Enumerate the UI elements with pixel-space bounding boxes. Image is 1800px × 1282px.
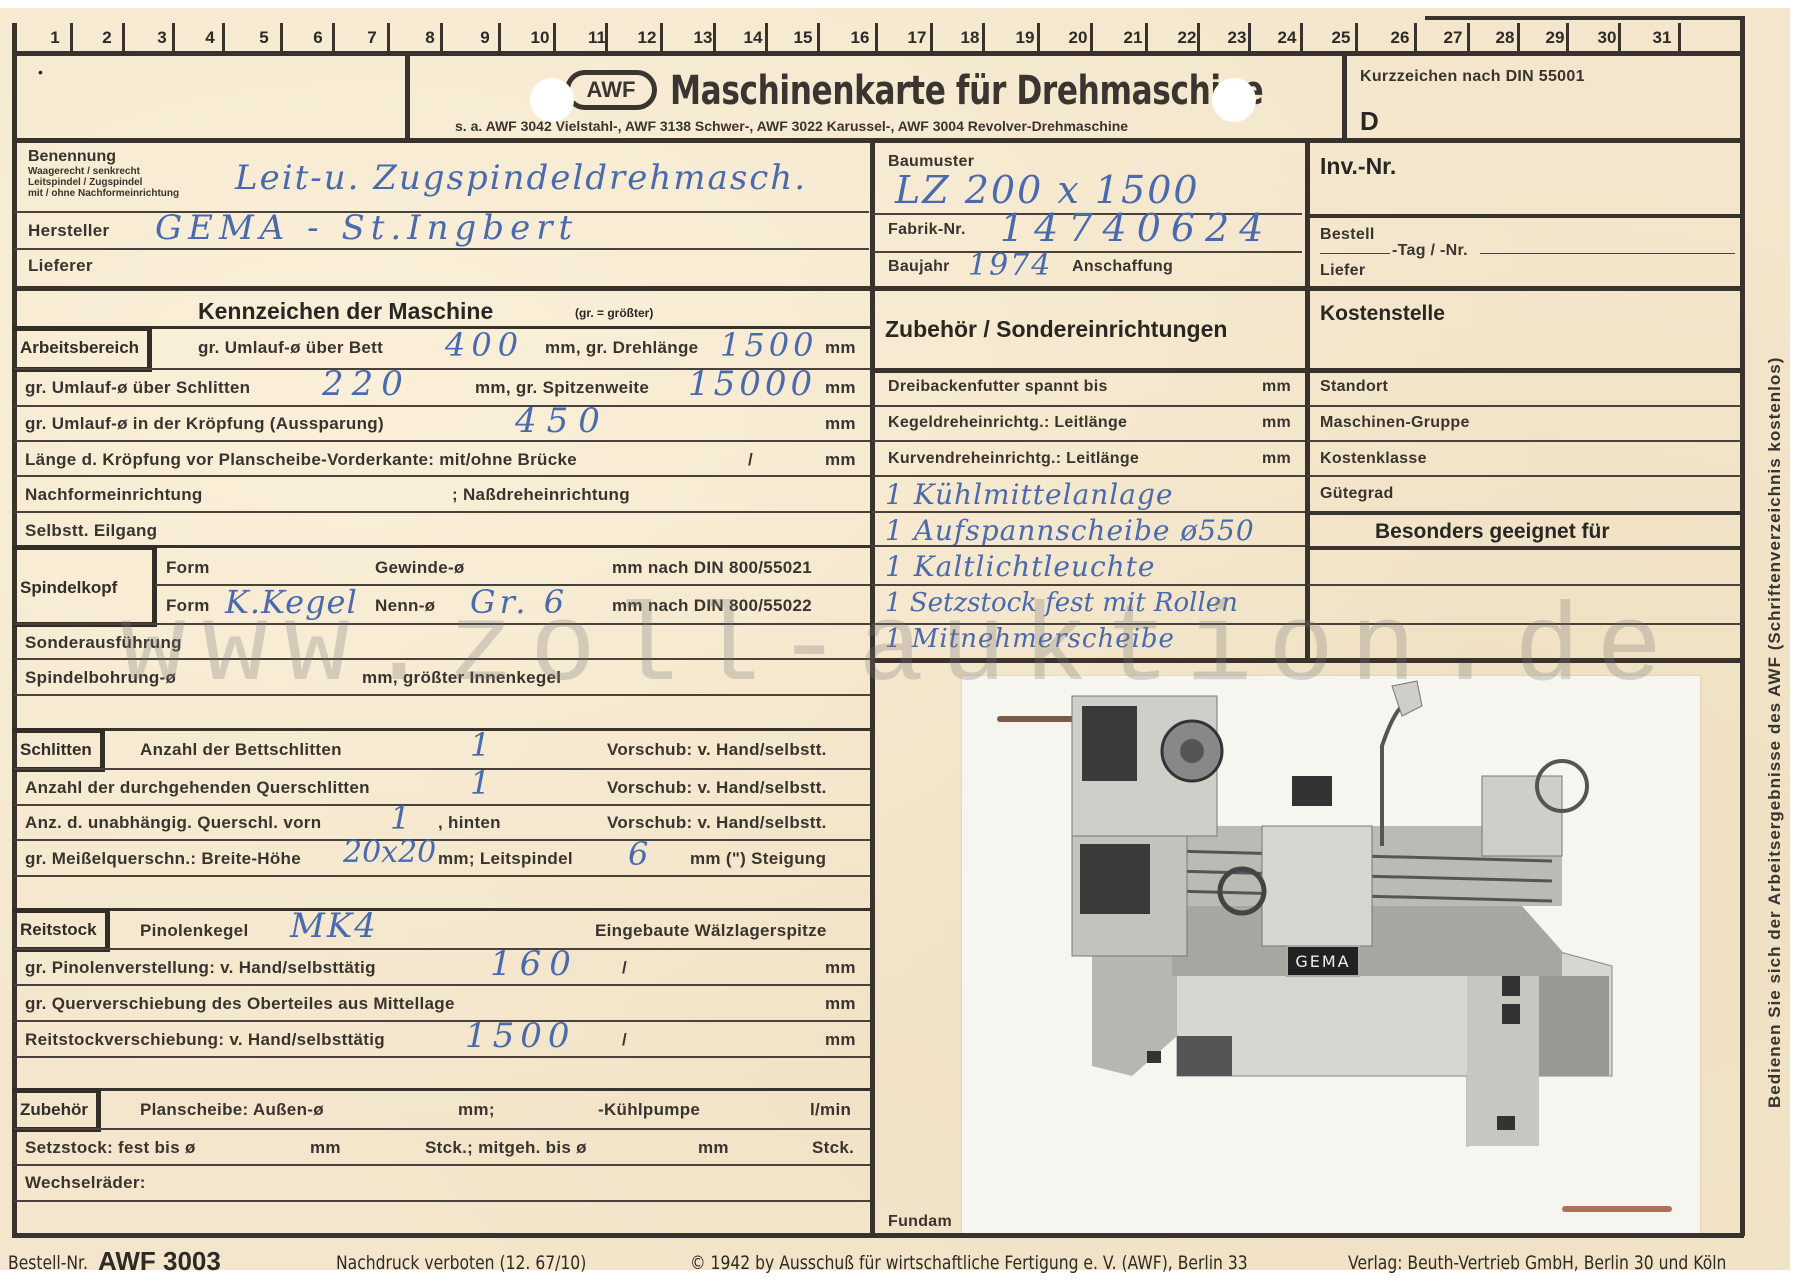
divider xyxy=(14,475,870,477)
ruler-number: 1 xyxy=(40,28,70,48)
ruler-tick xyxy=(765,23,768,53)
spitzenweite-label: mm, gr. Spitzenweite xyxy=(475,378,649,398)
wechselraeder-label: Wechselräder: xyxy=(25,1173,146,1193)
pinolenkegel-value[interactable]: MK4 xyxy=(290,906,378,946)
divider xyxy=(12,908,872,911)
maschinen-gruppe-label: Maschinen-Gruppe xyxy=(1320,414,1470,432)
ruler-tick xyxy=(1248,23,1251,53)
ruler-tick xyxy=(930,23,933,53)
ruler-tick xyxy=(1517,23,1520,53)
unit-mm: mm xyxy=(825,450,856,470)
ruler-tick xyxy=(817,23,820,53)
sonder-item-3[interactable]: 1 Kaltlichtleuchte xyxy=(885,550,1156,583)
ruler-tick xyxy=(280,23,283,53)
ruler-number: 4 xyxy=(195,28,225,48)
ruler-tick xyxy=(1355,23,1358,53)
dreibacken-label: Dreibackenfutter spannt bis xyxy=(888,378,1108,396)
watermark: www.zoll-auktion.de xyxy=(120,588,1678,713)
unit-mm: mm xyxy=(1262,378,1291,396)
ruler-tick xyxy=(1467,23,1470,53)
unit-mm: mm xyxy=(825,338,856,358)
divider xyxy=(14,1164,870,1166)
ruler-number: 17 xyxy=(902,28,932,48)
divider xyxy=(14,768,870,770)
kurvendreh-label: Kurvendreheinrichtg.: Leitlänge xyxy=(888,450,1139,468)
umlauf-schlitten-label: gr. Umlauf-ø über Schlitten xyxy=(25,378,250,398)
umlauf-kroepfung-value[interactable]: 450 xyxy=(515,401,610,441)
divider xyxy=(14,875,870,877)
header-bottom-border xyxy=(12,138,1744,143)
tag-nr-label: -Tag / -Nr. xyxy=(1392,242,1468,260)
header-divider-right xyxy=(1342,54,1347,140)
laenge-kroepfung-label: Länge d. Kröpfung vor Planscheibe-Vorder… xyxy=(25,450,577,470)
fundament-label: Fundam xyxy=(888,1213,952,1231)
left-border xyxy=(12,23,17,1233)
ruler-tick xyxy=(1090,23,1093,53)
zubehoer-label: Zubehör xyxy=(12,1088,101,1132)
divider xyxy=(872,405,1305,407)
vorschub-label: Vorschub: v. Hand/selbstt. xyxy=(607,740,827,760)
divider xyxy=(872,251,1302,253)
divider xyxy=(14,440,870,442)
form-label: Form xyxy=(166,558,210,578)
guetegrad-label: Gütegrad xyxy=(1320,485,1394,503)
divider xyxy=(1307,475,1742,477)
besonders-geeignet-label: Besonders geeignet für xyxy=(1375,520,1610,544)
umlauf-kroepfung-label: gr. Umlauf-ø in der Kröpfung (Aussparung… xyxy=(25,414,384,434)
setzstock-label: Setzstock: fest bis ø xyxy=(25,1138,196,1158)
fill-line xyxy=(1320,253,1390,254)
ruler-tick xyxy=(387,23,390,53)
unit-mm: mm; xyxy=(458,1100,495,1120)
divider xyxy=(14,1020,870,1022)
unit-stck: Stck. xyxy=(812,1138,854,1158)
meisselquerschn-label: gr. Meißelquerschn.: Breite-Höhe xyxy=(25,849,301,869)
footer-bestell-value: AWF 3003 xyxy=(98,1246,221,1277)
inv-nr-label: Inv.-Nr. xyxy=(1320,153,1396,180)
steigung-label: mm (") Steigung xyxy=(690,849,826,869)
awf-logo: AWF xyxy=(565,70,657,110)
ruler-number: 14 xyxy=(738,28,768,48)
ruler-number: 21 xyxy=(1118,28,1148,48)
nachformeinrichtung-label: Nachformeinrichtung xyxy=(25,485,203,505)
pinolenverstellung-label: gr. Pinolenverstellung: v. Hand/selbsttä… xyxy=(25,958,376,978)
divider xyxy=(14,1128,870,1130)
slash: / xyxy=(748,450,753,470)
ruler-top-right xyxy=(1425,16,1745,20)
bettschlitten-label: Anzahl der Bettschlitten xyxy=(140,740,342,760)
ruler-number: 12 xyxy=(632,28,662,48)
kostenklasse-label: Kostenklasse xyxy=(1320,450,1427,468)
ruler-number: 27 xyxy=(1438,28,1468,48)
pinolenkegel-label: Pinolenkegel xyxy=(140,921,248,941)
divider xyxy=(1307,214,1742,218)
kuehlpumpe-label: -Kühlpumpe xyxy=(598,1100,700,1120)
arbeitsbereich-label: Arbeitsbereich xyxy=(12,326,152,372)
ruler-tick xyxy=(1566,23,1569,53)
ruler-number: 2 xyxy=(92,28,122,48)
divider xyxy=(1307,440,1742,442)
page-title: Maschinenkarte für Drehmaschine xyxy=(670,68,1263,114)
umlauf-schlitten-value[interactable]: 220 xyxy=(322,364,411,404)
gema-nameplate: GEMA xyxy=(1295,952,1350,971)
ruler-number: 18 xyxy=(955,28,985,48)
kostenstelle-label: Kostenstelle xyxy=(1320,302,1445,326)
lathe-photo: GEMA xyxy=(962,676,1700,1236)
ruler-number: 7 xyxy=(357,28,387,48)
divider xyxy=(872,440,1305,442)
slash: / xyxy=(622,958,627,978)
ruler-tick xyxy=(1145,23,1148,53)
unit-mm: mm xyxy=(1262,450,1291,468)
umlauf-bett-label: gr. Umlauf-ø über Bett xyxy=(198,338,383,358)
liefer-label: Liefer xyxy=(1320,262,1365,280)
kennzeichen-note: (gr. = größter) xyxy=(575,306,653,320)
ruler-tick xyxy=(982,23,985,53)
divider xyxy=(14,1200,870,1202)
bestell-label: Bestell xyxy=(1320,226,1375,244)
ruler-tick xyxy=(498,23,501,53)
ruler-number: 25 xyxy=(1326,28,1356,48)
side-vertical-text: Bedienen Sie sich der Arbeitsergebnisse … xyxy=(1765,357,1785,1108)
schlitten-label: Schlitten xyxy=(12,728,105,772)
ruler-tick xyxy=(1300,23,1303,53)
gewinde-label: Gewinde-ø xyxy=(375,558,465,578)
divider xyxy=(1307,405,1742,407)
divider xyxy=(1307,584,1742,586)
divider xyxy=(14,511,870,513)
ruler-baseline xyxy=(12,51,1744,56)
divider xyxy=(14,948,870,950)
sonder-item-1[interactable]: 1 Kühlmittelanlage xyxy=(885,478,1173,511)
benennung-sub-3: mit / ohne Nachformeinrichtung xyxy=(28,188,179,199)
unit-lmin: l/min xyxy=(810,1100,851,1120)
ruler-tick xyxy=(1037,23,1040,53)
leitspindel-value[interactable]: 6 xyxy=(628,835,650,873)
mitgeh-label: Stck.; mitgeh. bis ø xyxy=(425,1138,587,1158)
ruler-number: 24 xyxy=(1272,28,1302,48)
unit-mm: mm xyxy=(825,994,856,1014)
footer-verlag: Verlag: Beuth-Vertrieb GmbH, Berlin 30 u… xyxy=(1348,1252,1726,1274)
punch-hole-right xyxy=(1212,78,1256,122)
machine-card: 1234567891011121314151617181920212223242… xyxy=(0,8,1790,1270)
ruler-number: 20 xyxy=(1063,28,1093,48)
ruler-tick xyxy=(875,23,878,53)
ruler-tick xyxy=(553,23,556,53)
ruler-tick xyxy=(332,23,335,53)
divider xyxy=(872,545,1305,547)
vorschub-label: Vorschub: v. Hand/selbstt. xyxy=(607,778,827,798)
right-border xyxy=(1740,16,1745,1236)
planscheibe-label: Planscheibe: Außen-ø xyxy=(140,1100,324,1120)
kennzeichen-heading: Kennzeichen der Maschine xyxy=(198,298,493,325)
anschaffung-label: Anschaffung xyxy=(1072,258,1173,276)
bettschlitten-value[interactable]: 1 xyxy=(470,726,492,764)
baujahr-label: Baujahr xyxy=(888,258,950,276)
ruler-number: 28 xyxy=(1490,28,1520,48)
umlauf-bett-value[interactable]: 400 xyxy=(445,326,524,364)
ruler-tick xyxy=(222,23,225,53)
vorschub-label: Vorschub: v. Hand/selbstt. xyxy=(607,813,827,833)
ruler-number: 26 xyxy=(1385,28,1415,48)
unit-mm: mm xyxy=(698,1138,729,1158)
ruler-number: 15 xyxy=(788,28,818,48)
kurzzeichen-label: Kurzzeichen nach DIN 55001 xyxy=(1360,68,1585,86)
eilgang-label: Selbstt. Eilgang xyxy=(25,521,157,541)
lieferer-label: Lieferer xyxy=(28,256,93,276)
fabrik-label: Fabrik-Nr. xyxy=(888,221,966,239)
ink-dot: • xyxy=(38,64,43,80)
unit-mm: mm xyxy=(310,1138,341,1158)
footer-copyright: © 1942 by Ausschuß für wirtschaftliche F… xyxy=(690,1252,1248,1274)
divider xyxy=(14,405,870,407)
ruler-tick xyxy=(1414,23,1417,53)
bottom-border xyxy=(12,1233,1744,1238)
reitstock-label: Reitstock xyxy=(12,908,110,952)
divider xyxy=(14,984,870,986)
ruler-tick xyxy=(1618,23,1621,53)
unit-mm: mm xyxy=(825,958,856,978)
divider xyxy=(872,511,1305,513)
reitstockverschiebung-label: Reitstockverschiebung: v. Hand/selbsttät… xyxy=(25,1030,385,1050)
ruler-tick xyxy=(660,23,663,53)
right-column-divider xyxy=(1305,140,1310,660)
ruler-tick xyxy=(713,23,716,53)
hersteller-value[interactable]: GEMA - St.Ingbert xyxy=(155,208,578,248)
querschlitten-value[interactable]: 1 xyxy=(470,764,492,802)
drehlaenge-label: mm, gr. Drehlänge xyxy=(545,338,698,358)
ruler-number: 6 xyxy=(303,28,333,48)
drehlaenge-value[interactable]: 1500 xyxy=(720,326,817,364)
spitzenweite-value[interactable]: 15000 xyxy=(688,364,816,404)
header-divider-left xyxy=(405,54,410,140)
reitstockverschiebung-value[interactable]: 1500 xyxy=(465,1016,576,1056)
unit-mm: mm xyxy=(825,414,856,434)
lathe-machine-image: GEMA xyxy=(962,676,1700,1236)
din-55021-label: mm nach DIN 800/55021 xyxy=(612,558,812,578)
benennung-label: Benennung xyxy=(28,148,116,166)
unit-mm: mm xyxy=(825,378,856,398)
nassdreheinrichtung-label: ; Naßdreheinrichtung xyxy=(452,485,630,505)
benennung-value[interactable]: Leit-u. Zugspindeldrehmasch. xyxy=(235,158,807,198)
querverschiebung-label: gr. Querverschiebung des Oberteiles aus … xyxy=(25,994,455,1014)
hersteller-label: Hersteller xyxy=(28,221,109,241)
ruler-number: 19 xyxy=(1010,28,1040,48)
ruler-tick xyxy=(172,23,175,53)
ruler-tick xyxy=(1197,23,1200,53)
meisselquerschn-value[interactable]: 20x20 xyxy=(343,835,436,870)
waelzlagerspitze-label: Eingebaute Wälzlagerspitze xyxy=(595,921,827,941)
punch-hole-left xyxy=(530,78,574,122)
ruler-number: 5 xyxy=(249,28,279,48)
sonder-item-2[interactable]: 1 Aufspannscheibe ø550 xyxy=(885,514,1255,547)
baujahr-value[interactable]: 1974 xyxy=(968,248,1052,283)
pinolenverstellung-value[interactable]: 160 xyxy=(490,944,579,984)
footer-bestell-label: Bestell-Nr. xyxy=(8,1252,88,1274)
unabhaengig-vorn-value[interactable]: 1 xyxy=(390,799,412,837)
slash: / xyxy=(622,1030,627,1050)
leitspindel-label: mm; Leitspindel xyxy=(438,849,573,869)
fill-line xyxy=(1480,253,1735,254)
ruler-number: 9 xyxy=(470,28,500,48)
divider xyxy=(14,1056,870,1058)
benennung-sub-1: Waagerecht / senkrecht xyxy=(28,166,140,177)
ruler-number: 16 xyxy=(845,28,875,48)
hinten-label: , hinten xyxy=(438,813,501,833)
ruler-tick xyxy=(605,23,608,53)
kurzzeichen-value: D xyxy=(1360,106,1379,137)
identity-bottom-border xyxy=(12,286,1744,291)
ruler-tick xyxy=(440,23,443,53)
divider xyxy=(14,248,869,250)
querschlitten-label: Anzahl der durchgehenden Querschlitten xyxy=(25,778,370,798)
ruler-tick xyxy=(122,23,125,53)
divider xyxy=(872,584,1305,586)
ruler-tick xyxy=(70,23,73,53)
footer-nachdruck: Nachdruck verboten (12. 67/10) xyxy=(336,1252,586,1274)
unit-mm: mm xyxy=(825,1030,856,1050)
unit-mm: mm xyxy=(1262,414,1291,432)
sonder-heading: Zubehör / Sondereinrichtungen xyxy=(885,316,1227,343)
kegeldreh-label: Kegeldreheinrichtg.: Leitlänge xyxy=(888,414,1127,432)
divider xyxy=(1307,546,1742,550)
ruler-tick xyxy=(1678,23,1681,53)
divider xyxy=(12,1088,872,1091)
divider xyxy=(14,839,870,841)
unabhaengig-querschl-label: Anz. d. unabhängig. Querschl. vorn xyxy=(25,813,321,833)
ruler-number: 31 xyxy=(1647,28,1677,48)
divider xyxy=(14,804,870,806)
divider xyxy=(12,728,872,731)
divider xyxy=(872,368,1742,373)
divider xyxy=(1307,511,1742,515)
ruler-number: 10 xyxy=(525,28,555,48)
benennung-sub-2: Leitspindel / Zugspindel xyxy=(28,177,142,188)
standort-label: Standort xyxy=(1320,378,1388,396)
divider xyxy=(872,475,1305,477)
fabrik-value[interactable]: 14740624 xyxy=(1000,206,1273,250)
